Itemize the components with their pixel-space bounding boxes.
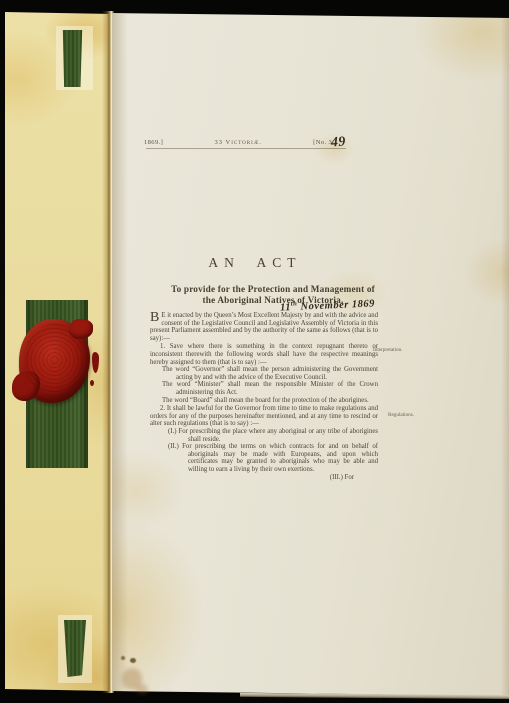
running-header: 1869.] 33 Victoriæ. [No. 349 bbox=[144, 133, 346, 146]
green-ribbon-top bbox=[62, 30, 83, 87]
header-regnal-year: 33 Victoriæ. bbox=[215, 139, 262, 146]
definition-minister: The word “Minister” shall mean the respo… bbox=[150, 381, 378, 396]
item-2-label: (II.) bbox=[168, 443, 179, 450]
margin-note-regulations: Regulations. bbox=[388, 413, 448, 419]
wax-seal-texture bbox=[24, 324, 84, 395]
act-body-text: BE it enacted by the Queen’s Most Excell… bbox=[150, 312, 378, 482]
assent-month-year: November 1869 bbox=[297, 298, 375, 312]
item-1-label: (I.) bbox=[168, 428, 177, 435]
red-wax-seal bbox=[15, 315, 94, 409]
archival-photo-act-document: 1869.] 33 Victoriæ. [No. 349 AN ACT To p… bbox=[0, 0, 509, 703]
definition-governor: The word “Governor” shall mean the perso… bbox=[150, 366, 378, 381]
long-title-line1: To provide for the Protection and Manage… bbox=[171, 284, 375, 294]
act-title: AN ACT bbox=[152, 255, 352, 271]
ink-spot bbox=[121, 656, 125, 660]
definition-board: The word “Board” shall mean the board fo… bbox=[150, 397, 378, 405]
section-2: 2. It shall be lawful for the Governor f… bbox=[150, 405, 378, 428]
regulation-item-1: (I.) For prescribing the place where any… bbox=[150, 428, 378, 443]
item-1-text: For prescribing the place where any abor… bbox=[178, 428, 378, 443]
wax-seal-droplet bbox=[90, 380, 94, 386]
margin-note-interpretation: Interpretation. bbox=[373, 348, 433, 354]
header-rule bbox=[146, 148, 346, 149]
enacting-clause: BE it enacted by the Queen’s Most Excell… bbox=[150, 312, 378, 342]
act-number-printed: [No. 3 bbox=[313, 139, 332, 146]
item-2-text: For prescribing the terms on which contr… bbox=[182, 443, 378, 473]
ink-spot bbox=[130, 658, 136, 663]
header-act-number: [No. 349 bbox=[313, 133, 346, 149]
regulation-item-2: (II.) For prescribing the terms on which… bbox=[150, 443, 378, 473]
catchword: (III.) For bbox=[150, 474, 378, 482]
enacting-dropcap: B bbox=[150, 312, 161, 324]
act-front-page: 1869.] 33 Victoriæ. [No. 349 AN ACT To p… bbox=[112, 12, 509, 696]
section-1: 1. Save where there is something in the … bbox=[150, 343, 378, 366]
header-year: 1869.] bbox=[144, 139, 163, 146]
enacting-text: E it enacted by the Queen’s Most Excelle… bbox=[150, 312, 378, 342]
stain-smudge bbox=[136, 684, 148, 694]
